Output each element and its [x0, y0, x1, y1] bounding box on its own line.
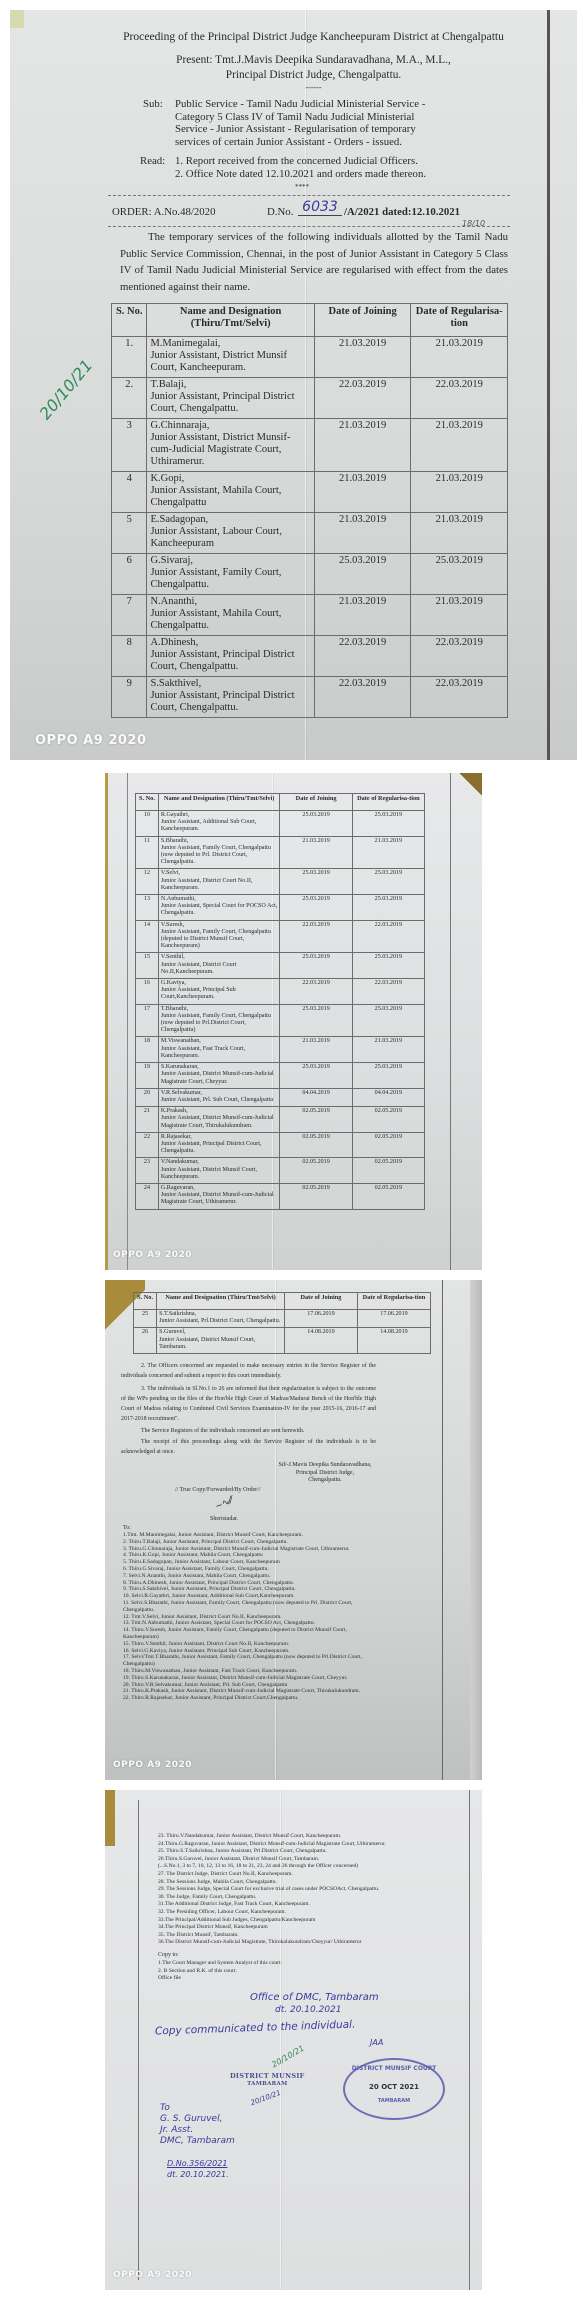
cell-date-regularisation: 22.03.2019 [352, 920, 424, 953]
handwritten-dno: 6033 [298, 199, 342, 216]
dno-suffix: /A/2021 dated:12.10.2021 [344, 206, 460, 219]
cell-date-regularisation: 02.05.2019 [352, 1158, 424, 1184]
subject-line: Category 5 Class IV of Tamil Nadu Judici… [175, 111, 425, 124]
handwritten-line: dt. 20.10.2021. [167, 2169, 229, 2180]
header-sno: S. No. [136, 794, 159, 811]
person-name: T.Bharathi, [161, 1006, 278, 1013]
proceeding-heading: Proceeding of the Principal District Jud… [90, 30, 537, 43]
cell-sno: 4 [112, 472, 147, 513]
person-designation: Junior Assistant, District Munsif Court,… [161, 1167, 278, 1181]
cell-date-joining: 25.03.2019 [280, 895, 352, 921]
header-joining: Date of Joining [284, 1293, 357, 1310]
paragraph-5: The receipt of this proceedings along wi… [121, 1437, 376, 1457]
list-item: 33.The Principal/Additional Sub Judges, … [158, 1917, 408, 1925]
cell-date-joining: 22.03.2019 [314, 636, 411, 677]
table-row: 13N.Anbumathi,Junior Assistant, Special … [136, 895, 425, 921]
cell-date-regularisation: 21.03.2019 [411, 595, 508, 636]
person-designation: Junior Assistant, District Munsif-cum-Ju… [161, 1115, 278, 1129]
cell-date-joining: 14.08.2019 [284, 1328, 357, 1354]
recipient-list: 1.Tmt. M.Manimegalai, Junior Assistant, … [123, 1532, 378, 1702]
person-designation: Junior Assistant, Principal District Cou… [161, 1141, 278, 1155]
cell-date-joining: 21.03.2019 [280, 836, 352, 869]
cell-date-joining: 21.03.2019 [280, 1037, 352, 1063]
stars: **** [295, 181, 309, 194]
regularisation-table-page-2: S. No. Name and Designation (Thiru/Tmt/S… [135, 793, 425, 1210]
recipient-list-continued: 23. Thiru.V.Nandakumar, Junior Assistant… [158, 1833, 408, 1947]
signature-line: Sd/-J.Mavis Deepika Sundaravadhana, [265, 1462, 385, 1470]
stamp-date: 20 OCT 2021 [345, 2083, 443, 2091]
person-name: V.Senthil, [161, 954, 278, 961]
read-line: 2. Office Note dated 12.10.2021 and orde… [175, 168, 426, 181]
list-item: 19. Thiru.S.Karunakaran, Junior Assistan… [123, 1675, 378, 1682]
cell-name-designation: T.Bharathi,Junior Assistant, Family Cour… [158, 1004, 280, 1037]
signature-line: Chengalpattu. [265, 1477, 385, 1485]
table-body: 25S.T.Saikrishna,Junior Assistant, Prl.D… [134, 1310, 431, 1354]
camera-watermark: OPPO A9 2020 [113, 2270, 192, 2280]
cell-date-regularisation: 21.03.2019 [352, 836, 424, 869]
cell-date-joining: 25.03.2019 [280, 1063, 352, 1089]
cell-sno: 21 [136, 1107, 159, 1133]
dashed-divider [108, 195, 510, 196]
cell-date-joining: 22.03.2019 [280, 920, 352, 953]
cell-name-designation: M.Viswanathan,Junior Assistant, Fast Tra… [158, 1037, 280, 1063]
seal-initials-date: 20/10/21 [250, 2089, 282, 2107]
person-name: V.R.Selvakumar, [161, 1090, 278, 1097]
cell-name-designation: E.Sadagopan,Junior Assistant, Labour Cou… [147, 513, 314, 554]
cell-date-joining: 21.03.2019 [314, 472, 411, 513]
table-row: 23V.Nandakumar,Junior Assistant, Distric… [136, 1158, 425, 1184]
person-designation: Junior Assistant, Family Court, Chengalp… [161, 1013, 278, 1035]
cell-date-joining: 25.03.2019 [280, 1004, 352, 1037]
table-row: 1.M.Manimegalai,Junior Assistant, Distri… [112, 337, 508, 378]
cell-sno: 23 [136, 1158, 159, 1184]
person-designation: Junior Assistant, District Munsif Court,… [150, 350, 310, 374]
handwritten-line: To [160, 2103, 235, 2114]
handwritten-line: Jr. Asst. [160, 2125, 235, 2136]
table-row: 11S.Bharathi,Junior Assistant, Family Co… [136, 836, 425, 869]
person-designation: Junior Assistant, District Munsif-cum-Ju… [150, 432, 310, 468]
list-item: 30. The Judge, Family Court, Chengalpatt… [158, 1894, 408, 1902]
cell-sno: 14 [136, 920, 159, 953]
person-name: S.T.Saikrishna, [159, 1311, 282, 1318]
stamp-bottom-text: TAMBARAM [345, 2098, 443, 2104]
person-designation: Junior Assistant, District Court No.II, … [161, 878, 278, 892]
cell-date-joining: 22.03.2019 [280, 979, 352, 1005]
cell-date-regularisation: 14.08.2019 [357, 1328, 430, 1354]
paper-edge [127, 773, 128, 1270]
dno-prefix: D.No. [267, 206, 293, 219]
table-row: 2.T.Balaji,Junior Assistant, Principal D… [112, 378, 508, 419]
table-body: 10R.Gayathri,Junior Assistant, Additiona… [136, 811, 425, 1210]
person-designation: Junior Assistant, Family Court, Chengalp… [161, 845, 278, 867]
paper-corner [458, 773, 482, 795]
table-row: 20V.R.Selvakumar,Junior Assistant, Prl. … [136, 1088, 425, 1106]
table-row: 22R.Rajasekar,Junior Assistant, Principa… [136, 1132, 425, 1158]
list-item: 11. Selvi.S.Bharathi, Junior Assistant, … [123, 1600, 378, 1614]
header-joining: Date of Joining [314, 304, 411, 337]
table-row: 8A.Dhinesh,Junior Assistant, Principal D… [112, 636, 508, 677]
header-sno: S. No. [112, 304, 147, 337]
handwritten-line: G. S. Guruvel, [160, 2114, 235, 2125]
cell-date-regularisation: 21.03.2019 [411, 337, 508, 378]
paragraph-3: 3. The individuals in Sl.No.1 to 26 are … [121, 1384, 376, 1424]
document-photo-page-3: S. No. Name and Designation (Thiru/Tmt/S… [105, 1280, 482, 1780]
cell-name-designation: G.Kaviya,Junior Assistant, Principal Sub… [158, 979, 280, 1005]
person-name: S.Guruvel, [159, 1329, 282, 1336]
cell-date-joining: 22.03.2019 [314, 378, 411, 419]
read-label: Read: [140, 155, 165, 168]
cell-name-designation: V.Selvi,Junior Assistant, District Court… [158, 869, 280, 895]
separator: ------ [90, 83, 537, 92]
paper-edge [470, 1280, 482, 1780]
header-joining: Date of Joining [280, 794, 352, 811]
cell-date-regularisation: 25.03.2019 [352, 953, 424, 979]
cell-date-joining: 17.06.2019 [284, 1310, 357, 1328]
paper-edge [469, 1790, 470, 2290]
list-item: 2. B Section and R.K. of this court. [158, 1968, 358, 1976]
person-designation: Junior Assistant, Principal District Cou… [150, 690, 310, 714]
handwritten-recipient: To G. S. Guruvel, Jr. Asst. DMC, Tambara… [160, 2103, 235, 2147]
paper-edge [547, 10, 550, 760]
cell-sno: 17 [136, 1004, 159, 1037]
person-name: G.Sivaraj, [150, 555, 310, 567]
cell-date-joining: 21.03.2019 [314, 337, 411, 378]
cell-sno: 25 [134, 1310, 157, 1328]
table-body: 1.M.Manimegalai,Junior Assistant, Distri… [112, 337, 508, 718]
cell-sno: 3 [112, 419, 147, 472]
cell-date-regularisation: 02.05.2019 [352, 1183, 424, 1209]
person-designation: Junior Assistant, Mahila Court, Chengalp… [150, 608, 310, 632]
header-sno: S. No. [134, 1293, 157, 1310]
table-row: 10R.Gayathri,Junior Assistant, Additiona… [136, 811, 425, 837]
sub-label: Sub: [143, 98, 163, 111]
paragraph-2: 2. The Officers concerned are requested … [121, 1361, 376, 1381]
person-name: K.Gopi, [150, 473, 310, 485]
subject-text: Public Service - Tamil Nadu Judicial Min… [175, 98, 425, 148]
cell-date-regularisation: 25.03.2019 [352, 1063, 424, 1089]
dashed-divider [108, 226, 510, 227]
cell-date-regularisation: 22.03.2019 [411, 677, 508, 718]
cell-sno: 24 [136, 1183, 159, 1209]
true-copy-line: // True Copy/Forwarded/By Order// [175, 1487, 261, 1495]
person-name: S.Sakthivel, [150, 678, 310, 690]
cell-date-joining: 22.03.2019 [314, 677, 411, 718]
person-name: T.Balaji, [150, 379, 310, 391]
cell-date-regularisation: 25.03.2019 [352, 869, 424, 895]
cell-date-joining: 21.03.2019 [314, 513, 411, 554]
table-row: 18M.Viswanathan,Junior Assistant, Fast T… [136, 1037, 425, 1063]
cell-sno: 8 [112, 636, 147, 677]
person-designation: Junior Assistant, Special Court for POCS… [161, 903, 278, 917]
subject-line: Public Service - Tamil Nadu Judicial Min… [175, 98, 425, 111]
table-row: 12V.Selvi,Junior Assistant, District Cou… [136, 869, 425, 895]
person-name: R.Rajasekar, [161, 1134, 278, 1141]
cell-date-joining: 25.03.2019 [314, 554, 411, 595]
list-item: 1.The Court Manager and System Analyst o… [158, 1960, 358, 1968]
regularisation-table-page-1: S. No. Name and Designation (Thiru/Tmt/S… [111, 303, 508, 718]
signature-line: Principal District Judge, [265, 1470, 385, 1478]
person-name: S.Bharathi, [161, 838, 278, 845]
intro-paragraph: The temporary services of the following … [120, 229, 508, 295]
cell-date-joining: 25.03.2019 [280, 811, 352, 837]
cell-name-designation: V.Nandakumar,Junior Assistant, District … [158, 1158, 280, 1184]
table-header-row: S. No. Name and Designation (Thiru/Tmt/S… [134, 1293, 431, 1310]
cell-name-designation: V.Suresh,Junior Assistant, Family Court,… [158, 920, 280, 953]
list-item: 17. Selvi/Tmt.T.Bharathi, Junior Assista… [123, 1654, 378, 1668]
table-row: 14V.Suresh,Junior Assistant, Family Cour… [136, 920, 425, 953]
list-item: 10. Selvi.R.Gayathri, Junior Assistant, … [123, 1593, 378, 1600]
person-name: G.Chinnaraja, [150, 420, 310, 432]
document-photo-page-2: S. No. Name and Designation (Thiru/Tmt/S… [105, 773, 482, 1270]
document-photo-page-4: 23. Thiru.V.Nandakumar, Junior Assistant… [105, 1790, 482, 2290]
list-item: 24.Thiru.G.Raguvaran, Junior Assistant, … [158, 1841, 408, 1849]
header-regularisation: Date of Regularisa-tion [357, 1293, 430, 1310]
cell-sno: 19 [136, 1063, 159, 1089]
regularisation-table-page-3: S. No. Name and Designation (Thiru/Tmt/S… [133, 1292, 431, 1354]
camera-watermark: OPPO A9 2020 [113, 1250, 192, 1260]
table-row: 24G.Raguvaran,Junior Assistant, District… [136, 1183, 425, 1209]
cell-sno: 16 [136, 979, 159, 1005]
list-item: 3. Thiru.G.Chinnaraja, Junior Assistant,… [123, 1546, 378, 1553]
official-seal: DISTRICT MUNSIF TAMBARAM [230, 2073, 305, 2088]
cell-date-regularisation: 22.03.2019 [411, 378, 508, 419]
cell-name-designation: G.Raguvaran,Junior Assistant, District M… [158, 1183, 280, 1209]
list-item: 5. Thiru.E.Sadagopan, Junior Assistant, … [123, 1559, 378, 1566]
table-row: 15V.Senthil,Junior Assistant, District C… [136, 953, 425, 979]
person-designation: Junior Assistant, Family Court, Chengalp… [161, 929, 278, 951]
cell-date-regularisation: 25.03.2019 [352, 895, 424, 921]
person-designation: Junior Assistant, District Munsif Court,… [159, 1337, 282, 1351]
copy-to-label: Copy to: [158, 1952, 179, 1960]
header-name: Name and Designation (Thiru/Tmt/Selvi) [147, 304, 314, 337]
cell-sno: 10 [136, 811, 159, 837]
table-row: 16G.Kaviya,Junior Assistant, Principal S… [136, 979, 425, 1005]
table-row: 7N.Ananthi,Junior Assistant, Mahila Cour… [112, 595, 508, 636]
cell-name-designation: V.Senthil,Junior Assistant, District Cou… [158, 953, 280, 979]
subject-line: services of certain Junior Assistant - O… [175, 136, 425, 149]
cell-name-designation: T.Balaji,Junior Assistant, Principal Dis… [147, 378, 314, 419]
cell-date-regularisation: 25.03.2019 [352, 1004, 424, 1037]
table-row: 6G.Sivaraj,Junior Assistant, Family Cour… [112, 554, 508, 595]
header-regularisation: Date of Regularisa-tion [352, 794, 424, 811]
person-designation: Junior Assistant, Fast Track Court, Kanc… [161, 1046, 278, 1060]
person-name: M.Viswanathan, [161, 1038, 278, 1045]
sheristadar-signature: ~∿⁄⁄ [214, 1496, 235, 1513]
seal-line: DISTRICT MUNSIF [230, 2073, 305, 2081]
cell-sno: 15 [136, 953, 159, 979]
cell-sno: 22 [136, 1132, 159, 1158]
copy-to-list: 1.The Court Manager and System Analyst o… [158, 1960, 358, 1983]
cell-sno: 9 [112, 677, 147, 718]
cell-name-designation: R.Rajasekar,Junior Assistant, Principal … [158, 1132, 280, 1158]
header-name: Name and Designation (Thiru/Tmt/Selvi) [158, 794, 280, 811]
present-line: Present: Tmt.J.Mavis Deepika Sundaravadh… [90, 54, 537, 66]
cell-sno: 2. [112, 378, 147, 419]
person-designation: Junior Assistant, Mahila Court, Chengalp… [150, 485, 310, 509]
person-designation: Junior Assistant, Prl. Sub Court, Chenga… [161, 1097, 278, 1104]
table-row: 5E.Sadagopan,Junior Assistant, Labour Co… [112, 513, 508, 554]
paper-corner [105, 1790, 115, 1846]
table-row: 4K.Gopi,Junior Assistant, Mahila Court, … [112, 472, 508, 513]
person-designation: Junior Assistant, Prl.District Court, Ch… [159, 1318, 282, 1325]
cell-name-designation: K.Gopi,Junior Assistant, Mahila Court, C… [147, 472, 314, 513]
cell-name-designation: S.Karunakaran,Junior Assistant, District… [158, 1063, 280, 1089]
header-name: Name and Designation (Thiru/Tmt/Selvi) [157, 1293, 285, 1310]
table-row: 21K.Prakash,Junior Assistant, District M… [136, 1107, 425, 1133]
cell-date-joining: 02.05.2019 [280, 1132, 352, 1158]
list-item: 7. Selvi.N.Ananthi, Junior Assistant, Ma… [123, 1573, 378, 1580]
table-row: 9S.Sakthivel,Junior Assistant, Principal… [112, 677, 508, 718]
cell-sno: 6 [112, 554, 147, 595]
list-item: 8. Thiru.A.Dhinesh, Junior Assistant, Pr… [123, 1580, 378, 1587]
court-round-stamp: DISTRICT MUNSIF COURT 20 OCT 2021 TAMBAR… [343, 2058, 445, 2120]
cell-date-joining: 04.04.2019 [280, 1088, 352, 1106]
person-designation: Junior Assistant, District Munsif-cum-Ju… [161, 1071, 278, 1085]
cell-date-regularisation: 02.05.2019 [352, 1107, 424, 1133]
cell-name-designation: S.Guruvel,Junior Assistant, District Mun… [157, 1328, 285, 1354]
paper-fold [275, 1280, 276, 1780]
list-item: 34.The Principal District Munsif, Kanche… [158, 1924, 408, 1932]
handwritten-line: D.No.356/2021 [167, 2158, 229, 2169]
cell-name-designation: N.Ananthi,Junior Assistant, Mahila Court… [147, 595, 314, 636]
table-row: 25S.T.Saikrishna,Junior Assistant, Prl.D… [134, 1310, 431, 1328]
present-designation: Principal District Judge, Chengalpattu. [90, 69, 537, 81]
person-name: N.Ananthi, [150, 596, 310, 608]
cell-date-joining: 02.05.2019 [280, 1183, 352, 1209]
person-designation: Junior Assistant, Principal District Cou… [150, 649, 310, 673]
cell-name-designation: M.Manimegalai,Junior Assistant, District… [147, 337, 314, 378]
list-item: 9. Thiru.S.Sakthivel, Junior Assistant, … [123, 1586, 378, 1593]
table-header-row: S. No. Name and Designation (Thiru/Tmt/S… [136, 794, 425, 811]
signature-block: Sd/-J.Mavis Deepika Sundaravadhana, Prin… [265, 1462, 385, 1485]
cell-date-regularisation: 04.04.2019 [352, 1088, 424, 1106]
list-item: 32. The Presiding Officer, Labour Court,… [158, 1909, 408, 1917]
list-item: 15. Thiru.V.Senthil, Junior Assistant, D… [123, 1641, 378, 1648]
seal-line: TAMBARAM [230, 2081, 305, 2089]
list-item: (...S.No.1, 3 to 7, 10, 12, 13 to 16, 18… [158, 1863, 408, 1871]
cell-sno: 11 [136, 836, 159, 869]
list-item: 21. Thiru.K.Prakash, Junior Assistant, D… [123, 1688, 378, 1695]
read-text: 1. Report received from the concerned Ju… [175, 155, 426, 180]
list-item: 2. Thiru.T.Balaji, Junior Assistant, Pri… [123, 1539, 378, 1546]
green-initials-date: 20/10/21 [270, 2044, 306, 2070]
sheristadar-label: Sheristadar. [210, 1516, 238, 1524]
stamp-top-text: DISTRICT MUNSIF COURT [345, 2065, 443, 2072]
list-item: 18. Thiru.M.Viswanathan, Junior Assistan… [123, 1668, 378, 1675]
person-designation: Junior Assistant, Principal District Cou… [150, 391, 310, 415]
person-designation: Junior Assistant, Additional Sub Court, … [161, 819, 278, 833]
order-number: ORDER: A.No.48/2020 [112, 206, 215, 219]
cell-date-regularisation: 21.03.2019 [411, 419, 508, 472]
cell-date-regularisation: 21.03.2019 [411, 472, 508, 513]
cell-sno: 18 [136, 1037, 159, 1063]
document-photo-page-1: Proceeding of the Principal District Jud… [10, 10, 577, 760]
person-designation: Junior Assistant, Family Court, Chengalp… [150, 567, 310, 591]
table-row: 26S.Guruvel,Junior Assistant, District M… [134, 1328, 431, 1354]
list-item: 14. Thiru.V.Suresh, Junior Assistant, Fa… [123, 1627, 378, 1641]
cell-name-designation: G.Sivaraj,Junior Assistant, Family Court… [147, 554, 314, 595]
person-name: E.Sadagopan, [150, 514, 310, 526]
person-name: G.Kaviya, [161, 980, 278, 987]
cell-date-joining: 02.05.2019 [280, 1107, 352, 1133]
cell-name-designation: G.Chinnaraja,Junior Assistant, District … [147, 419, 314, 472]
table-row: 3G.Chinnaraja,Junior Assistant, District… [112, 419, 508, 472]
person-name: V.Selvi, [161, 870, 278, 877]
table-row: 17T.Bharathi,Junior Assistant, Family Co… [136, 1004, 425, 1037]
cell-name-designation: K.Prakash,Junior Assistant, District Mun… [158, 1107, 280, 1133]
person-name: A.Dhinesh, [150, 637, 310, 649]
subject-line: Service - Junior Assistant - Regularisat… [175, 123, 425, 136]
list-item: 1.Tmt. M.Manimegalai, Junior Assistant, … [123, 1532, 378, 1539]
list-item: 25. Thiru.S.T.Saikrishna, Junior Assista… [158, 1848, 408, 1856]
paper-edge [138, 1800, 139, 2280]
handwritten-line: DMC, Tambaram [160, 2136, 235, 2147]
list-item: 27. The District Judge, District Court N… [158, 1871, 408, 1879]
camera-watermark: OPPO A9 2020 [35, 733, 147, 748]
paragraph-4: The Service Registers of the individuals… [121, 1426, 376, 1436]
table-row: 19S.Karunakaran,Junior Assistant, Distri… [136, 1063, 425, 1089]
list-item: 6. Thiru.G.Sivaraj, Junior Assistant, Fa… [123, 1566, 378, 1573]
margin-initials: 20/10/21 [36, 356, 97, 423]
paper-edge [105, 773, 108, 1270]
handwritten-date: dt. 20.10.2021 [275, 2005, 342, 2015]
person-designation: Junior Assistant, District Munsif-cum-Ju… [161, 1192, 278, 1206]
person-name: M.Manimegalai, [150, 338, 310, 350]
cell-date-regularisation: 21.03.2019 [352, 1037, 424, 1063]
cell-date-joining: 21.03.2019 [314, 595, 411, 636]
list-item: 31.The Additional District Judge, Fast T… [158, 1901, 408, 1909]
cell-date-regularisation: 17.06.2019 [357, 1310, 430, 1328]
cell-sno: 12 [136, 869, 159, 895]
cell-name-designation: V.R.Selvakumar,Junior Assistant, Prl. Su… [158, 1088, 280, 1106]
list-item: 23. Thiru.V.Nandakumar, Junior Assistant… [158, 1833, 408, 1841]
cell-name-designation: R.Gayathri,Junior Assistant, Additional … [158, 811, 280, 837]
handwritten-copy-note: Copy communicated to the individual. [155, 2019, 356, 2038]
cell-name-designation: S.Sakthivel,Junior Assistant, Principal … [147, 677, 314, 718]
cell-name-designation: N.Anbumathi,Junior Assistant, Special Co… [158, 895, 280, 921]
cell-date-joining: 25.03.2019 [280, 953, 352, 979]
cell-date-regularisation: 22.03.2019 [352, 979, 424, 1005]
cell-sno: 26 [134, 1328, 157, 1354]
table-header-row: S. No. Name and Designation (Thiru/Tmt/S… [112, 304, 508, 337]
person-designation: Junior Assistant, Labour Court, Kancheep… [150, 526, 310, 550]
cell-sno: 13 [136, 895, 159, 921]
cell-date-regularisation: 25.03.2019 [352, 811, 424, 837]
cell-date-joining: 25.03.2019 [280, 869, 352, 895]
cell-sno: 5 [112, 513, 147, 554]
cell-name-designation: S.T.Saikrishna,Junior Assistant, Prl.Dis… [157, 1310, 285, 1328]
list-item: 4. Thiru.K.Gopi, Junior Assistant, Mahil… [123, 1552, 378, 1559]
cell-date-regularisation: 25.03.2019 [411, 554, 508, 595]
list-item: 22. Thiru.R.Rajasekar, Junior Assistant,… [123, 1695, 378, 1702]
cell-date-regularisation: 21.03.2019 [411, 513, 508, 554]
cell-sno: 7 [112, 595, 147, 636]
camera-watermark: OPPO A9 2020 [113, 1760, 192, 1770]
list-item: 36.The District Munsif-cum-Judicial Magi… [158, 1939, 408, 1947]
person-name: V.Suresh, [161, 922, 278, 929]
cell-date-joining: 02.05.2019 [280, 1158, 352, 1184]
cell-date-regularisation: 22.03.2019 [411, 636, 508, 677]
cell-date-joining: 21.03.2019 [314, 419, 411, 472]
cell-name-designation: A.Dhinesh,Junior Assistant, Principal Di… [147, 636, 314, 677]
person-name: R.Gayathri, [161, 812, 278, 819]
cell-sno: 20 [136, 1088, 159, 1106]
paper-edge [442, 1280, 443, 1780]
person-name: V.Nandakumar, [161, 1159, 278, 1166]
cell-name-designation: S.Bharathi,Junior Assistant, Family Cour… [158, 836, 280, 869]
handwritten-office: Office of DMC, Tambaram [250, 1992, 379, 2003]
header-regularisation: Date of Regularisa-tion [411, 304, 508, 337]
